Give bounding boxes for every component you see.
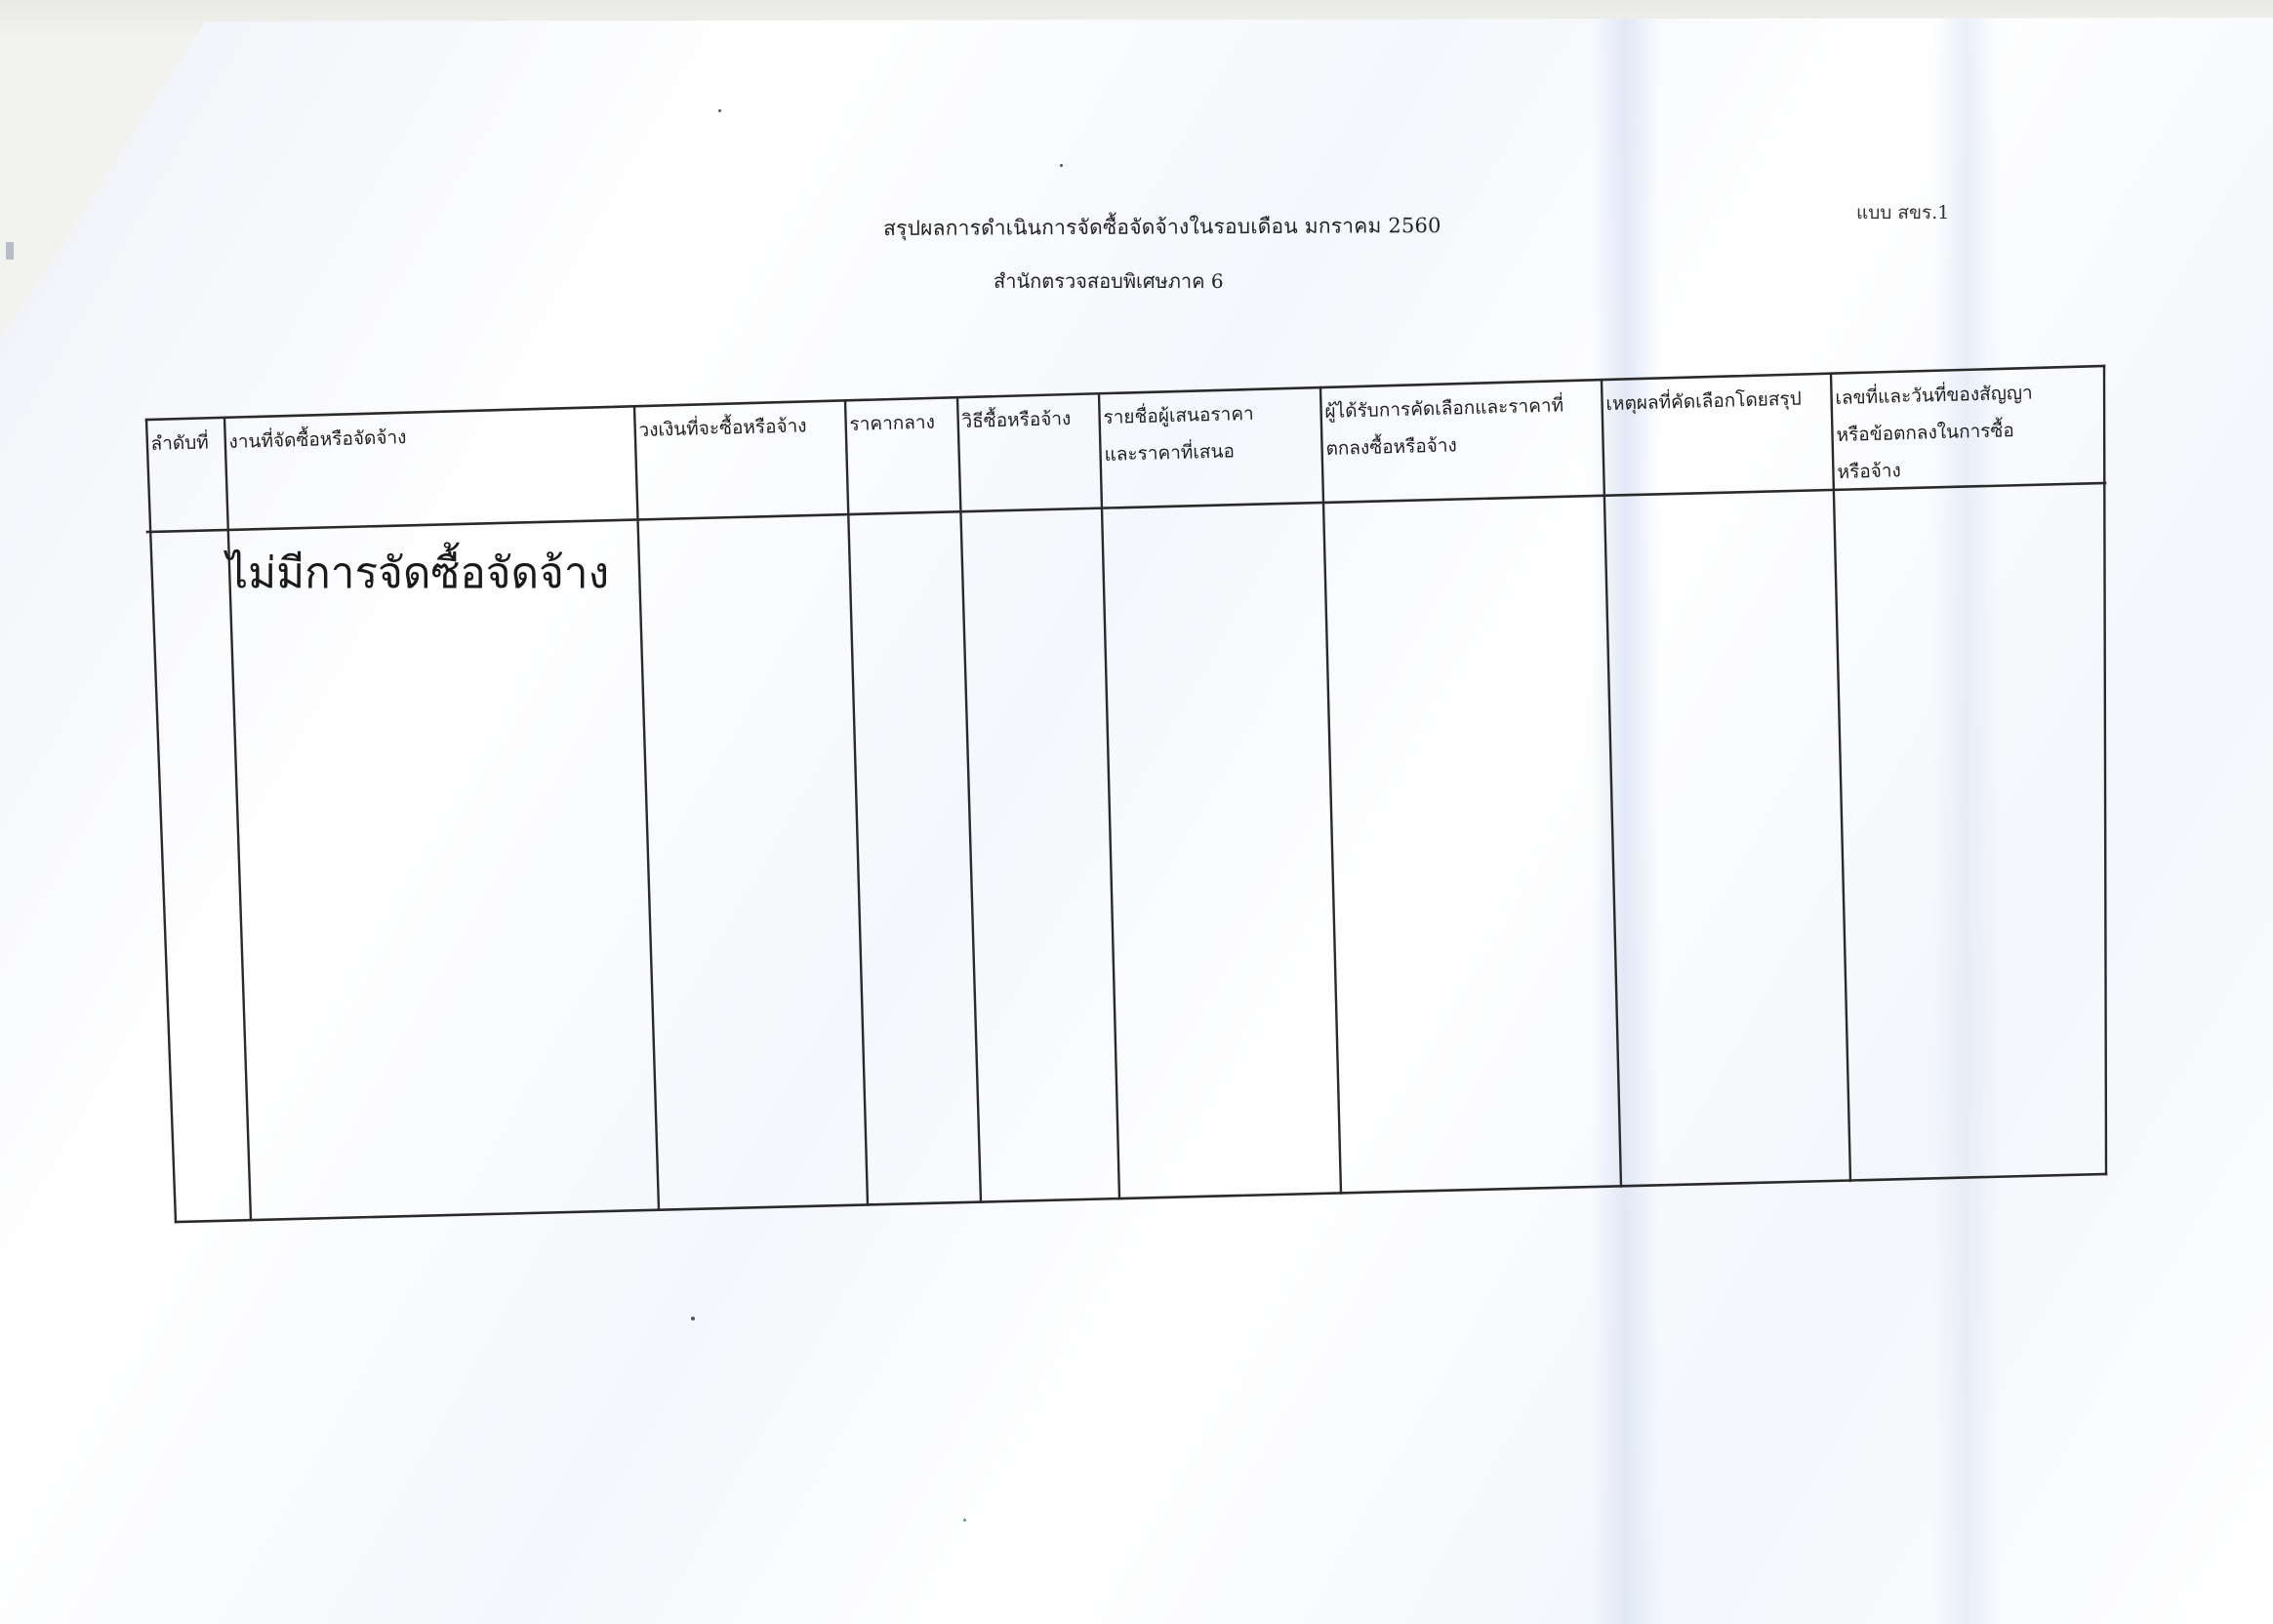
column-header-method: วิธีซื้อหรือจ้าง xyxy=(961,400,1072,440)
column-header-contract-number-date: เลขที่และวันที่ของสัญญา หรือข้อตกลงในการ… xyxy=(1835,374,2035,490)
column-header-reference-price: ราคากลาง xyxy=(849,404,935,443)
column-header-procurement-item: งานที่จัดซื้อหรือจัดจ้าง xyxy=(228,419,407,461)
column-header-bidders: รายชื่อผู้เสนอราคา และราคาที่เสนอ xyxy=(1103,395,1255,473)
column-header-selected-vendor: ผู้ได้รับการคัดเลือกและราคาที่ ตกลงซื้อห… xyxy=(1324,386,1565,467)
table-row-procurement-item: ไม่มีการจัดซื้อจัดจ้าง xyxy=(226,539,609,607)
procurement-summary-table: ลำดับที่ งานที่จัดซื้อหรือจัดจ้าง วงเงิน… xyxy=(0,0,2273,1624)
column-header-budget: วงเงินที่จะซื้อหรือจ้าง xyxy=(638,408,807,450)
column-header-selection-reason: เหตุผลที่คัดเลือกโดยสรุป xyxy=(1605,381,1802,423)
table-grid-lines xyxy=(0,0,2273,1624)
column-header-order-no: ลำดับที่ xyxy=(150,424,209,463)
